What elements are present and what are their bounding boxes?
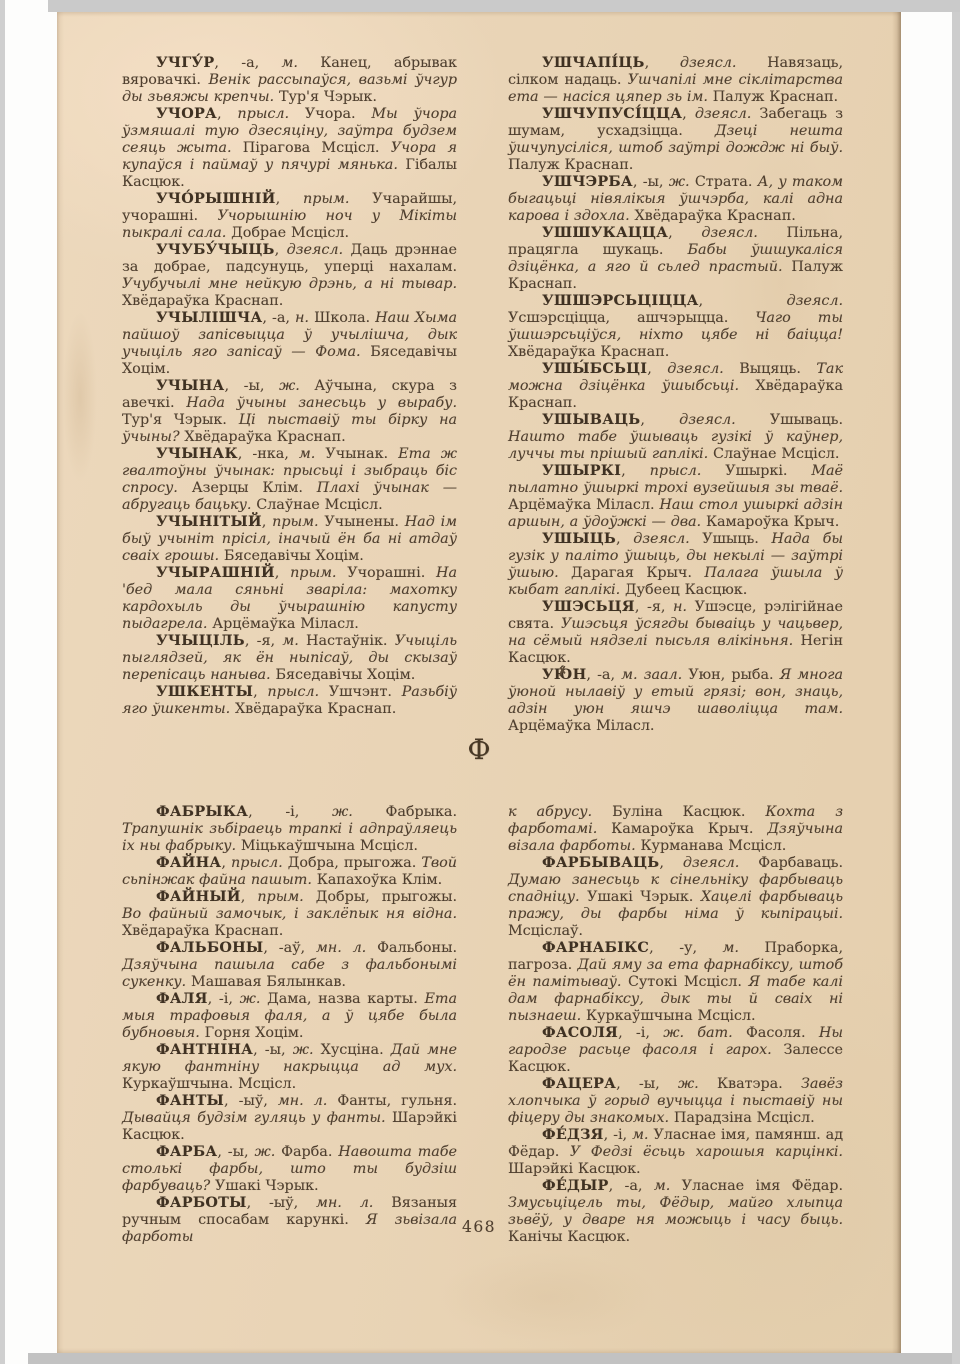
scanned-book-page: { "page": { "number": "468", "section_le… [0, 0, 960, 1364]
dictionary-entry: к абрусу. Буліна Касцюк. Кохта з фарбота… [508, 804, 843, 855]
headword: УЧУБУ́ЧЫЦЬ [156, 242, 275, 258]
entry-text: Дарагая Крыч. [571, 565, 704, 581]
entry-text: Уюн, рыба. [688, 667, 779, 683]
dictionary-entry: ФАНТНІНА, -ы, ж. Хусціна. Дай мне якую ф… [122, 1042, 457, 1093]
entry-text: Хвёдараўка Краснап. [122, 293, 283, 309]
dictionary-entry: УШЫВАЦЬ, дзеясл. Ушываць. Нашто табе ўшы… [508, 412, 843, 463]
entry-example: ж. [669, 174, 695, 190]
entry-example: ж. [678, 1076, 717, 1092]
dictionary-entry: УЧЫНІТЫЙ, прым. Учынены. Над ім быў учын… [122, 514, 457, 565]
entry-example: ж. [240, 991, 268, 1007]
headword: УШЧЭРБА [542, 174, 633, 190]
dictionary-entry: УЧЫНАК, -нка, м. Учынак. Ета ж гвалтоўны… [122, 446, 457, 514]
top-section: УЧГУ́Р, -а, м. Канец, абрывак вяровачкі.… [57, 55, 901, 735]
entry-text: , -ы, [217, 1144, 254, 1160]
entry-text: Слаўнае Мсцісл. [713, 446, 839, 462]
headword: УЧЫЦІЛЬ [156, 633, 245, 649]
entry-text: Добра, прыгожа. [288, 855, 422, 871]
headword: УШЫРКІ [542, 463, 621, 479]
entry-example: дзеясл. [787, 293, 843, 309]
entry-text: , -а, [214, 55, 281, 71]
entry-text: Ушакі Чэрык. [215, 1178, 319, 1194]
entry-text: Уласнае імя Фёдар. [682, 1178, 843, 1194]
scan-edge-top [48, 0, 960, 12]
entry-text: , -я, [635, 599, 673, 615]
dictionary-column-right-top: УШЧАПІ́ЦЬ, дзеясл. Навязаць, сілком нада… [508, 55, 843, 735]
entry-example: прысл. [650, 463, 726, 479]
entry-text: Учынены. [324, 514, 404, 530]
headword: ФАБРЫКА [156, 804, 248, 820]
entry-text: Курманава Мсцісл. [640, 838, 786, 854]
entry-text: , [616, 531, 633, 547]
entry-text: , -нка, [238, 446, 299, 462]
entry-example: дзеясл. [287, 242, 351, 258]
entry-text: , [276, 191, 303, 207]
entry-text: Страта. [695, 174, 758, 190]
entry-example: мн. л. [316, 1195, 391, 1211]
entry-text: Фальбоны. [377, 940, 457, 956]
headword: ФАНТНІНА [156, 1042, 253, 1058]
headword: УШЫВАЦЬ [542, 412, 640, 428]
dictionary-entry: УЧЫЦІЛЬ, -я, м. Настаўнік. Учыціль пыгля… [122, 633, 457, 684]
dictionary-entry: УШЭСЬЦЯ, -я, н. Ушэсце, рэлігійнае свята… [508, 599, 843, 667]
entry-text: , -ы, [616, 1076, 678, 1092]
scan-edge-bottom [28, 1353, 960, 1364]
dictionary-entry: УЧУБУ́ЧЫЦЬ, дзеясл. Даць дрэннае за добр… [122, 242, 457, 310]
entry-example: Дывайця будзім гуляць у фанты. [122, 1110, 392, 1126]
entry-example: дзеясл. [701, 225, 786, 241]
entry-example: м. [723, 940, 765, 956]
entry-text: Палуж Краснап. [713, 89, 838, 105]
entry-text: , -і, [618, 1025, 663, 1041]
entry-example: прым. [290, 565, 347, 581]
entry-text: , -у, [649, 940, 722, 956]
entry-example: ж. [279, 378, 314, 394]
entry-text: Хвёдараўка Краснап. [634, 208, 795, 224]
entry-example: ж. [254, 1144, 281, 1160]
dictionary-entry: ФАРБА, -ы, ж. Фарба. Навошта табе стольк… [122, 1144, 457, 1195]
headword: ФАНТЫ [156, 1093, 224, 1109]
entry-text: , -ы, [633, 174, 669, 190]
entry-text: Хвёдараўка Краснап. [122, 923, 283, 939]
entry-text: Усшэрсціцца, ашчэрыцца. [508, 310, 755, 326]
entry-text: Ушываць. [770, 412, 843, 428]
headword: УШЫ́БСЬЦІ [542, 361, 647, 377]
entry-text: Добрае Мсцісл. [231, 225, 349, 241]
entry-text: , [668, 225, 701, 241]
entry-example: н. [673, 599, 695, 615]
entry-example: ж. [293, 1042, 321, 1058]
entry-text: Ушыркі. [725, 463, 811, 479]
entry-text: Добры, прыгожы. [316, 889, 457, 905]
entry-text: Мсціслаў. [508, 923, 583, 939]
entry-text: , [275, 242, 287, 258]
dictionary-entry: УШЫ́БСЬЦІ, дзеясл. Выцяць. Так можна дзі… [508, 361, 843, 412]
entry-text: Бяседавічы Хоцім. [275, 667, 415, 683]
entry-text: Хвёдараўка Краснап. [235, 701, 396, 717]
headword: УШШУКАЦЦА [542, 225, 668, 241]
entry-example: Учубучылі мне нейкую дрэнь, а ні тывар. [122, 276, 457, 292]
headword: ФАРБОТЫ [156, 1195, 247, 1211]
entry-text: Арцёмаўка Міласл. [508, 718, 654, 734]
entry-text: Куркаўшчына Мсцісл. [586, 1008, 756, 1024]
entry-text: Фабрыка. [385, 804, 457, 820]
dictionary-entry: УШЫЦЬ, дзеясл. Ушыць. Нада бы гузік у па… [508, 531, 843, 599]
dictionary-entry: ФАЛЬБОНЫ, -аў, мн. л. Фальбоны. Дзяўчына… [122, 940, 457, 991]
entry-text: Буліна Касцюк. [612, 804, 765, 820]
headword: УШЧАПІ́ЦЬ [542, 55, 645, 71]
entry-text: , [640, 412, 679, 428]
entry-example: дзеясл. [680, 55, 767, 71]
entry-text: Тур'я Чэрык. [122, 412, 239, 428]
dictionary-entry: УШШУКАЦЦА, дзеясл. Пільна, працягла шука… [508, 225, 843, 293]
entry-text: Выцяць. [739, 361, 816, 377]
entry-example: прым. [272, 514, 324, 530]
entry-text: , -а, [609, 1178, 654, 1194]
entry-text: , -ы, [225, 378, 279, 394]
headword: ФАРБА [156, 1144, 217, 1160]
entry-text: , [275, 565, 290, 581]
entry-example: н. [295, 310, 314, 326]
entry-example: дзеясл. [695, 106, 760, 122]
entry-text: , [647, 361, 667, 377]
entry-example: м. [632, 1127, 653, 1143]
entry-example: мн. л. [278, 1093, 338, 1109]
entry-text: Хусціна. [321, 1042, 391, 1058]
headword: УЧО́РЫШНІЙ [156, 191, 276, 207]
entry-text: Учынак. [325, 446, 398, 462]
entry-text: Настаўнік. [306, 633, 395, 649]
headword: УШЧУПУСІ́ЦЦА [542, 106, 682, 122]
headword: ФАЛЬБОНЫ [156, 940, 263, 956]
dictionary-entry: УЧОРА, прысл. Учора. Мы ўчора ўзмяшалі т… [122, 106, 457, 191]
entry-text: Азерцы Клім. [192, 480, 317, 496]
scan-edge-left [0, 0, 5, 1364]
entry-example: дзеясл. [633, 531, 702, 547]
entry-text: Арцёмаўка Міласл. [212, 616, 358, 632]
entry-example: м. [299, 446, 325, 462]
paper-stain [437, 1252, 657, 1342]
entry-example: прым. [257, 889, 315, 905]
headword: УШЭСЬЦЯ [542, 599, 635, 615]
entry-text: Тур'я Чэрык. [279, 89, 377, 105]
entry-text: Шарэйкі Касцюк. [508, 1161, 641, 1177]
dictionary-page: УЧГУ́Р, -а, м. Канец, абрывак вяровачкі.… [57, 12, 901, 1353]
dictionary-entry: ✗УЮ́Н, -а, м. заал. Уюн, рыба. Я многа ў… [508, 667, 843, 735]
dictionary-entry: УШЧЭРБА, -ы, ж. Страта. А, у таком быгац… [508, 174, 843, 225]
entry-example: ж. бат. [663, 1025, 746, 1041]
entry-text: , [621, 463, 649, 479]
dictionary-entry: УЧЫНА, -ы, ж. Аўчына, скура з авечкі. На… [122, 378, 457, 446]
entry-example: прым. [303, 191, 372, 207]
entry-text: , -а, [586, 667, 621, 683]
entry-text: , [253, 684, 267, 700]
dictionary-entry: УШЧАПІ́ЦЬ, дзеясл. Навязаць, сілком нада… [508, 55, 843, 106]
dictionary-entry: ФАНТЫ, -ыў, мн. л. Фанты, гульня. Дывайц… [122, 1093, 457, 1144]
entry-text: , -аў, [263, 940, 316, 956]
entry-text: Учорашні. [347, 565, 436, 581]
entry-text: , -ыў, [224, 1093, 278, 1109]
dictionary-entry: УШЧУПУСІ́ЦЦА, дзеясл. Забегаць з шумам, … [508, 106, 843, 174]
scan-edge-right [952, 12, 960, 1364]
page-number: 468 [57, 1218, 901, 1236]
headword: ФАЙНЫЙ [156, 889, 241, 905]
entry-example: У Федзі ёсьць харошыя карцінкі. [570, 1144, 843, 1160]
entry-example: м. [282, 633, 306, 649]
entry-text: Камароўка Крыч. [611, 821, 767, 837]
entry-example: мн. л. [316, 940, 377, 956]
entry-text: , -ы, [253, 1042, 293, 1058]
dictionary-column-right-bottom: к абрусу. Буліна Касцюк. Кохта з фарбота… [508, 804, 843, 1246]
entry-text: Пірагова Мсцісл. [243, 140, 391, 156]
dictionary-entry: ФЕ́ДЗЯ, -і, м. Уласнае імя, памянш. ад Ф… [508, 1127, 843, 1178]
dictionary-entry: ФАРБЫВАЦЬ, дзеясл. Фарбаваць. Думаю зане… [508, 855, 843, 940]
headword: УШКЕНТЫ [156, 684, 253, 700]
entry-text: Ушчэнт. [329, 684, 402, 700]
entry-text: Капахоўка Клім. [317, 872, 442, 888]
headword: УЧЫНА [156, 378, 225, 394]
entry-text: , [659, 855, 682, 871]
entry-text: , [682, 106, 695, 122]
entry-text: Кватэра. [717, 1076, 801, 1092]
entry-text: Слаўнае Мсцісл. [256, 497, 382, 513]
entry-example: Нада ўчыны занесьць у вырабу. [186, 395, 457, 411]
entry-text: Ушакі Чэрык. [587, 889, 701, 905]
dictionary-entry: УЧЫРАШНІЙ, прым. Учорашні. На 'бед мала … [122, 565, 457, 633]
entry-text: Парадзіна Мсцісл. [674, 1110, 815, 1126]
entry-text: Дама, назва карты. [267, 991, 424, 1007]
entry-example: дзеясл. [667, 361, 739, 377]
entry-text: Фарба. [281, 1144, 338, 1160]
entry-text: , [221, 855, 231, 871]
section-letter-heading: Ф [57, 734, 901, 766]
entry-example: ж. [332, 804, 385, 820]
entry-text: , -і, [208, 991, 240, 1007]
entry-example: Во файный замочык, і заклёпык ня відна. [122, 906, 457, 922]
entry-text: Фасоля. [746, 1025, 819, 1041]
entry-example: к абрусу. [508, 804, 612, 820]
entry-text: , -я, [245, 633, 282, 649]
entry-text: , [645, 55, 680, 71]
dictionary-entry: УШШЭРСЬЦІЦЦА, дзеясл. Усшэрсціцца, ашчэр… [508, 293, 843, 361]
entry-text: Камароўка Крыч. [706, 514, 839, 530]
entry-text: Палуж Краснап. [508, 157, 633, 173]
headword: ФЕ́ДЫР [542, 1178, 609, 1194]
entry-text: Школа. [314, 310, 375, 326]
entry-example: прысл. [267, 684, 328, 700]
headword: УШЫЦЬ [542, 531, 616, 547]
entry-text: , [699, 293, 787, 309]
entry-text: Фарбаваць. [758, 855, 843, 871]
entry-text: , [217, 106, 237, 122]
dictionary-entry: ФАЙНА, прысл. Добра, прыгожа. Твой сьпін… [122, 855, 457, 889]
entry-text: Горня Хоцім. [205, 1025, 304, 1041]
entry-text: , -і, [248, 804, 332, 820]
headword: УШШЭРСЬЦІЦЦА [542, 293, 699, 309]
entry-text: , [262, 514, 272, 530]
headword: ФАЦЕРА [542, 1076, 616, 1092]
dictionary-entry: УШЫРКІ, прысл. Ушыркі. Маё пылатно ўшырк… [508, 463, 843, 531]
dictionary-entry: ФАЙНЫЙ, прым. Добры, прыгожы. Во файный … [122, 889, 457, 940]
entry-text: Ушыць. [702, 531, 771, 547]
entry-text: Куркаўшчына. Мсцісл. [122, 1076, 296, 1092]
entry-text: , -і, [604, 1127, 632, 1143]
dictionary-entry: ФАРНАБІКС, -у, м. Праборка, пагроза. Дай… [508, 940, 843, 1025]
headword: УЧЫНІТЫЙ [156, 514, 262, 530]
headword: ФАЙНА [156, 855, 221, 871]
dictionary-entry: УЧЫЛІШЧА, -а, н. Школа. Наш Хыма пайшоў … [122, 310, 457, 378]
entry-example: дзеясл. [683, 855, 758, 871]
entry-text: Міцькаўшчына Мсцісл. [241, 838, 418, 854]
headword: УЧГУ́Р [156, 55, 214, 71]
dictionary-entry: УШКЕНТЫ, прысл. Ушчэнт. Разьбіў яго ўшке… [122, 684, 457, 718]
entry-example: м. [654, 1178, 682, 1194]
dictionary-entry: УЧО́РЫШНІЙ, прым. Учарайшы, учорашні. Уч… [122, 191, 457, 242]
headword: УЧЫЛІШЧА [156, 310, 262, 326]
dictionary-entry: ФАСОЛЯ, -і, ж. бат. Фасоля. Ны гародзе р… [508, 1025, 843, 1076]
entry-text: , [241, 889, 258, 905]
headword: ФАРНАБІКС [542, 940, 649, 956]
entry-text: Арцёмаўка Міласл. [508, 497, 659, 513]
headword: УЧОРА [156, 106, 217, 122]
dictionary-entry: УЧГУ́Р, -а, м. Канец, абрывак вяровачкі.… [122, 55, 457, 106]
entry-text: Бяседавічы Хоцім. [224, 548, 364, 564]
entry-text: Сутокі Мсцісл. [628, 974, 748, 990]
headword: УЧЫНАК [156, 446, 238, 462]
bottom-section: ФАБРЫКА, -і, ж. Фабрыка. Трапушнік зьбір… [57, 804, 901, 1246]
entry-example: м. [281, 55, 320, 71]
headword: ФАРБЫВАЦЬ [542, 855, 659, 871]
entry-text: , -ыў, [247, 1195, 316, 1211]
entry-example: прысл. [231, 855, 288, 871]
headword: ФАЛЯ [156, 991, 208, 1007]
entry-example: дзеясл. [679, 412, 770, 428]
entry-example: прысл. [237, 106, 305, 122]
entry-text: Дубеец Касцюк. [625, 582, 747, 598]
entry-text: Учора. [305, 106, 371, 122]
entry-text: Фанты, гульня. [337, 1093, 457, 1109]
headword: УЧЫРАШНІЙ [156, 565, 275, 581]
dictionary-column-left-top: УЧГУ́Р, -а, м. Канец, абрывак вяровачкі.… [122, 55, 457, 735]
dictionary-entry: ФАБРЫКА, -і, ж. Фабрыка. Трапушнік зьбір… [122, 804, 457, 855]
entry-text: Хвёдараўка Краснап. [508, 344, 669, 360]
entry-example: м. заал. [621, 667, 688, 683]
dictionary-entry: ФАЛЯ, -і, ж. Дама, назва карты. Ета мыя … [122, 991, 457, 1042]
dictionary-entry: ФАЦЕРА, -ы, ж. Кватэра. Завёз хлопчыка ў… [508, 1076, 843, 1127]
dictionary-column-left-bottom: ФАБРЫКА, -і, ж. Фабрыка. Трапушнік зьбір… [122, 804, 457, 1246]
entry-text: Хвёдараўка Краснап. [184, 429, 345, 445]
headword: ФЕ́ДЗЯ [542, 1127, 604, 1143]
headword: ФАСОЛЯ [542, 1025, 618, 1041]
entry-text: Машавая Бялынкав. [191, 974, 346, 990]
entry-text: , -а, [262, 310, 295, 326]
